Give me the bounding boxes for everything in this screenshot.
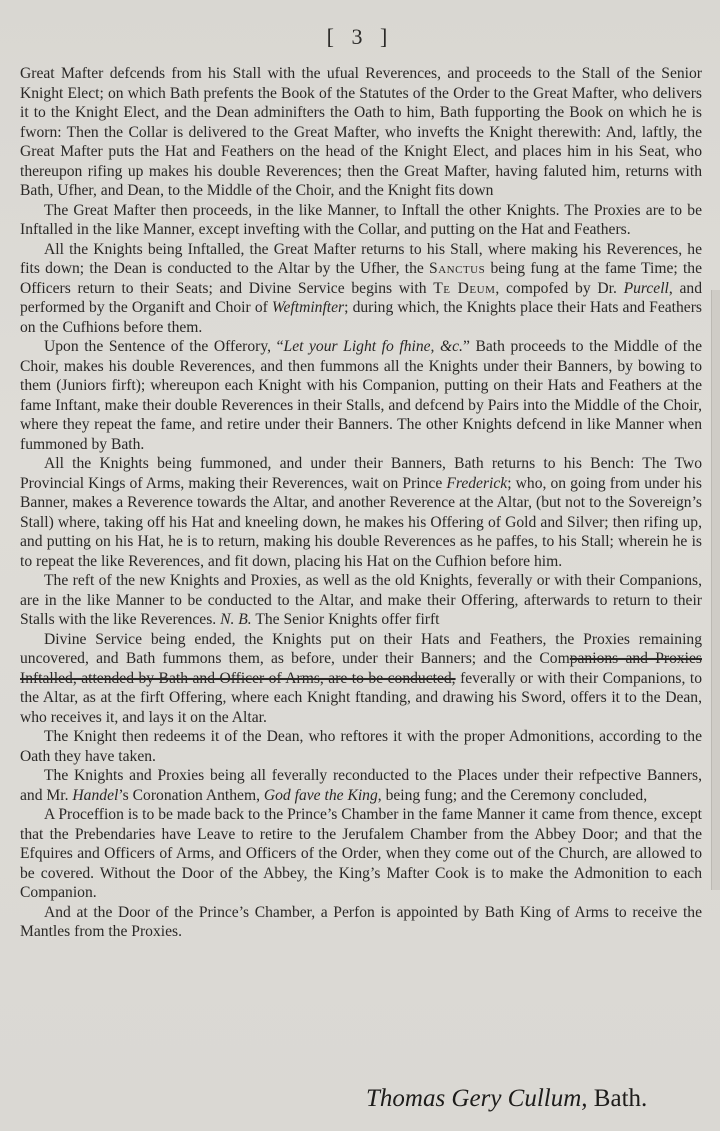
signature: Thomas Gery Cullum, Bath. — [366, 1085, 647, 1113]
paragraph-1: Great Mafter defcends from his Stall wit… — [20, 64, 702, 201]
body-text: Great Mafter defcends from his Stall wit… — [20, 64, 702, 942]
paragraph-segment: Let your Light fo fhine, &c. — [284, 338, 463, 355]
paragraph-segment: ’s Coronation Anthem, — [118, 787, 264, 804]
paragraph-4: Upon the Sentence of the Offerory, “Let … — [20, 337, 702, 454]
paragraph-segment: Te Deum — [433, 280, 495, 297]
document-page: [ 3 ] Great Mafter defcends from his Sta… — [0, 0, 720, 1131]
paragraph-segment: The Knight then redeems it of the Dean, … — [20, 728, 702, 765]
paragraph-segment: And at the Door of the Prince’s Chamber,… — [20, 904, 702, 941]
paragraph-segment: N. B. — [220, 611, 252, 628]
paragraph-10: A Proceffion is to be made back to the P… — [20, 805, 702, 903]
paragraph-segment: A Proceffion is to be made back to the P… — [20, 806, 702, 901]
paragraph-segment: , compofed by Dr. — [495, 280, 623, 297]
paragraph-6: The reft of the new Knights and Proxies,… — [20, 571, 702, 630]
paragraph-segment: Upon the Sentence of the Offerory, “ — [44, 338, 284, 355]
paragraph-segment: Purcell — [624, 280, 669, 297]
paragraph-segment: Sanctus — [429, 260, 485, 277]
paragraph-5: All the Knights being fummoned, and unde… — [20, 454, 702, 571]
paragraph-9: The Knights and Proxies being all fevera… — [20, 766, 702, 805]
signature-name: Thomas Gery Cullum, — [366, 1085, 588, 1112]
paragraph-segment: The Senior Knights offer firft — [252, 611, 440, 628]
paragraph-segment: Weftminfter — [272, 299, 344, 316]
paragraph-8: The Knight then redeems it of the Dean, … — [20, 727, 702, 766]
paragraph-segment: The Great Mafter then proceeds, in the l… — [20, 202, 702, 239]
paragraph-2: The Great Mafter then proceeds, in the l… — [20, 201, 702, 240]
paragraph-segment: Great Mafter defcends from his Stall wit… — [20, 65, 702, 199]
paragraph-3: All the Knights being Inftalled, the Gre… — [20, 240, 702, 338]
signature-title: Bath. — [594, 1085, 647, 1112]
paragraph-segment: God fave the King — [264, 787, 378, 804]
page-number: [ 3 ] — [0, 24, 720, 50]
paragraph-7: Divine Service being ended, the Knights … — [20, 630, 702, 728]
paragraph-segment: Handel — [72, 787, 118, 804]
paragraph-11: And at the Door of the Prince’s Chamber,… — [20, 903, 702, 942]
paragraph-segment: Frederick — [446, 475, 507, 492]
paragraph-segment: , being fung; and the Ceremony concluded… — [378, 787, 647, 804]
paper-edge-strip — [711, 290, 720, 890]
paragraph-segment: ” Bath proceeds to the Middle of the Cho… — [20, 338, 702, 453]
